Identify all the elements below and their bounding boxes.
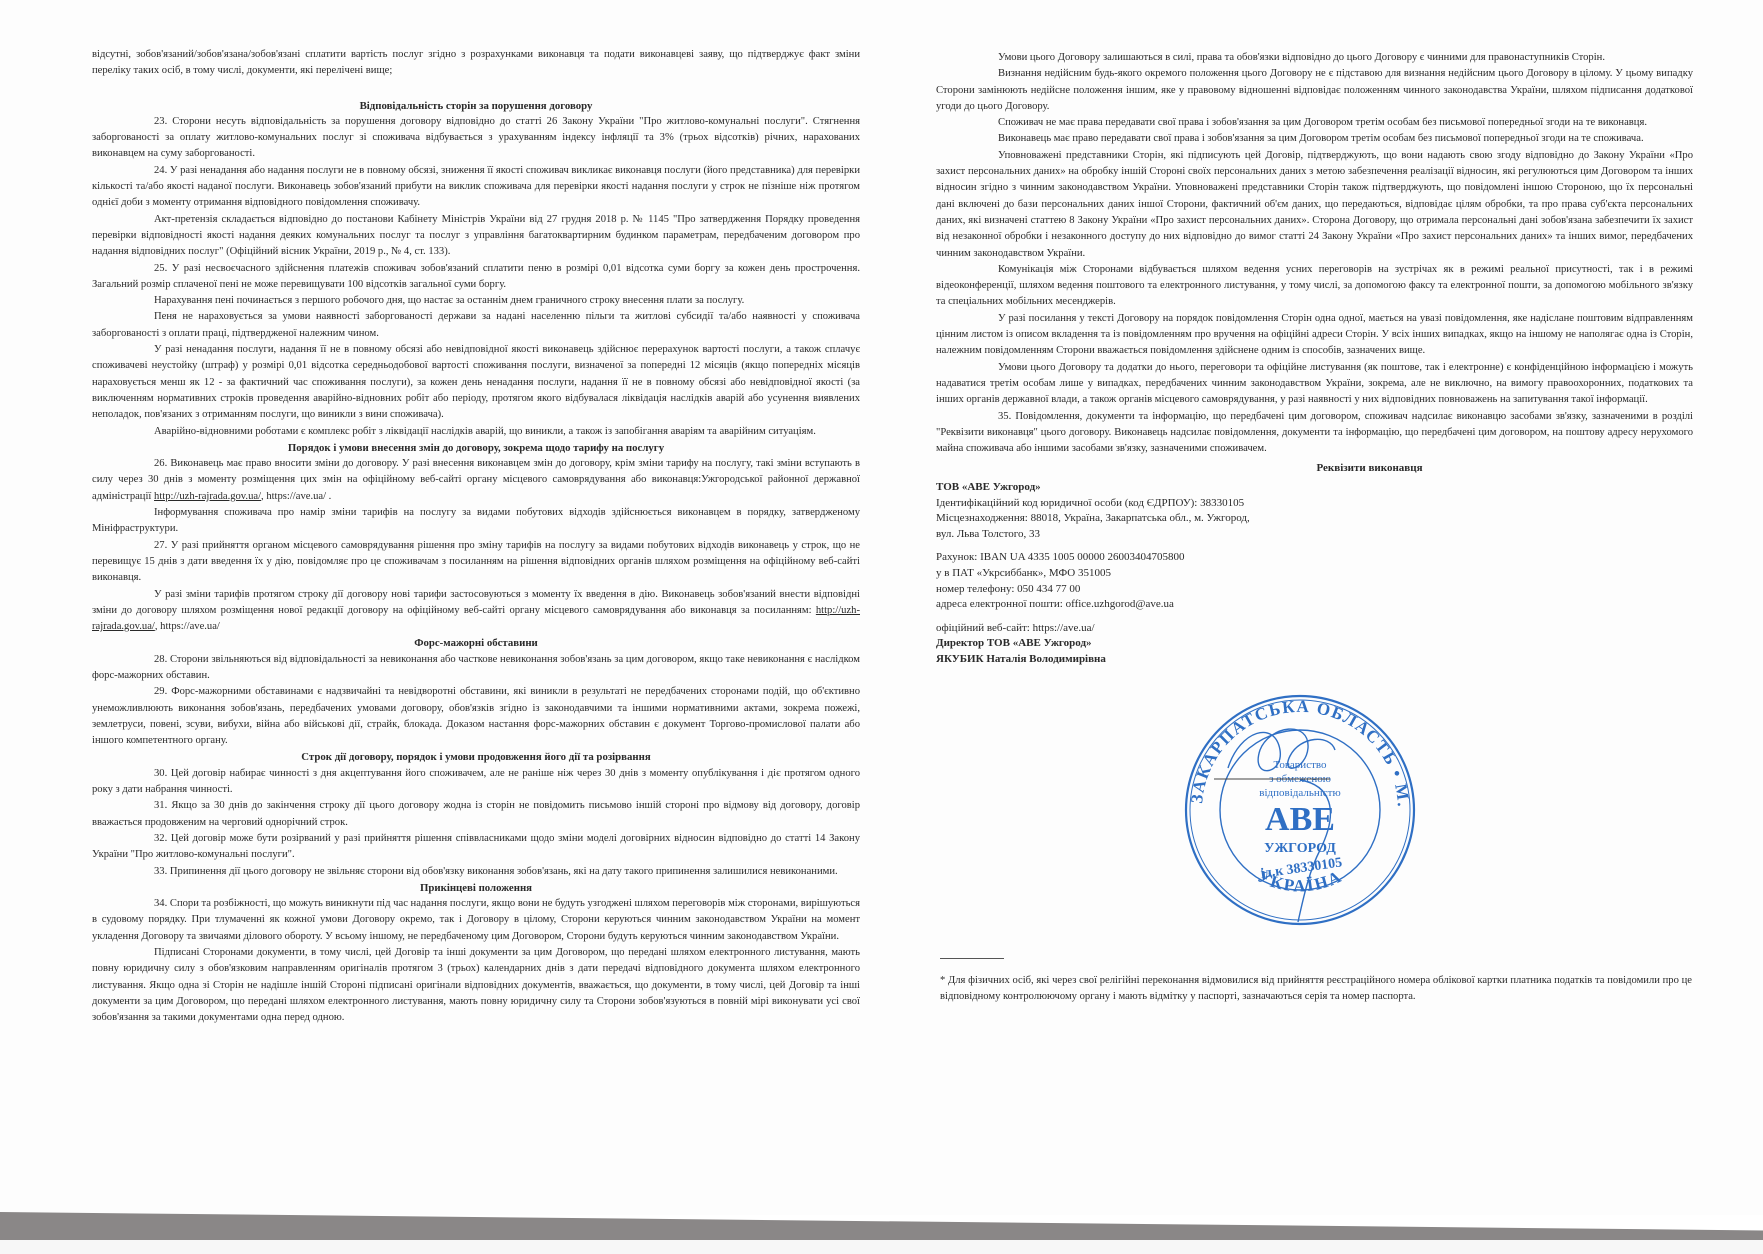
paragraph-26: 26. Виконавець має право вносити зміни д… [92,456,860,505]
paragraph-tariff-info: Інформування споживача про намір зміни т… [92,505,860,538]
paragraph-emergency-works: Аварійно-відновними роботами є комплекс … [92,424,860,440]
paragraph-act-claim: Акт-претензія складається відповідно до … [92,212,860,261]
contract-page: відсутні, зобов'язаний/зобов'язана/зобов… [0,0,1763,1215]
paragraph-signed-docs: Підписані Сторонами документи, в тому чи… [92,945,860,1026]
paragraph-penalty-start: Нарахування пені починається з першого р… [92,293,860,309]
company-stamp: ЗАКАРПАТСЬКА ОБЛАСТЬ • М.УЖГОРОД • УКРАЇ… [1180,690,1420,930]
paragraph-27: 27. У разі прийняття органом місцевого с… [92,538,860,587]
director-title: Директор ТОВ «АВЕ Ужгород» [936,636,1693,652]
left-column: відсутні, зобов'язаний/зобов'язана/зобов… [92,47,860,1027]
director-name: ЯКУБИК Наталія Володимирівна [936,652,1693,668]
heading-term: Строк дії договору, порядок і умови прод… [92,749,860,765]
requisites-heading: Реквізити виконавця [936,461,1693,477]
paragraph-tariff-change: У разі зміни тарифів протягом строку дії… [92,587,860,636]
paragraph-successors: Умови цього Договору залишаються в силі,… [936,50,1693,66]
paragraph-29: 29. Форс-мажорними обставинами є надзвич… [92,684,860,749]
paragraph-consumer-transfer: Споживач не має права передавати свої пр… [936,115,1693,131]
executor-requisites: Реквізити виконавця ТОВ «АВЕ Ужгород» Ід… [936,461,1693,667]
heading-final: Прикінцеві положення [92,880,860,896]
paragraph-communication: Комунікація між Сторонами відбувається ш… [936,262,1693,311]
paragraph-31: 31. Якщо за 30 днів до закінчення строку… [92,798,860,831]
paragraph-30: 30. Цей договір набирає чинності з дня а… [92,766,860,799]
paragraph-35: 35. Повідомлення, документи та інформаці… [936,409,1693,458]
paragraph-notification: У разі посилання у тексті Договору на по… [936,311,1693,360]
paragraph-tariff-change-text: У разі зміни тарифів протягом строку дії… [92,589,860,616]
paragraph-28: 28. Сторони звільняються від відповідаль… [92,652,860,685]
intro-paragraph: відсутні, зобов'язаний/зобов'язана/зобов… [92,47,860,80]
bank-account: Рахунок: IBAN UA 4335 1005 00000 2600340… [936,550,1693,566]
paragraph-24: 24. У разі ненадання або надання послуги… [92,163,860,212]
company-name: ТОВ «АВЕ Ужгород» [936,480,1693,496]
email-address: адреса електронної пошти: office.uzhgoro… [936,597,1693,613]
heading-force-majeure: Форс-мажорні обставини [92,635,860,651]
paragraph-confidentiality: Умови цього Договору та додатки до нього… [936,360,1693,409]
phone-number: номер телефону: 050 434 77 00 [936,582,1693,598]
paragraph-tariff-change-tail: , https://ave.ua/ [155,621,220,632]
paragraph-23: 23. Сторони несуть відповідальність за п… [92,114,860,163]
address-line-1: Місцезнаходження: 88018, Україна, Закарп… [936,511,1693,527]
paragraph-invalidity: Визнання недійсним будь-якого окремого п… [936,66,1693,115]
edrpou-code: Ідентифікаційний код юридичної особи (ко… [936,496,1693,512]
paragraph-33: 33. Припинення дії цього договору не зві… [92,864,860,880]
paragraph-26-tail: , https://ave.ua/ . [261,491,331,502]
paragraph-32: 32. Цей договір може бути розірваний у р… [92,831,860,864]
right-column: Умови цього Договору залишаються в силі,… [936,50,1693,668]
paragraph-penalty-exempt: Пеня не нараховується за умови наявності… [92,309,860,342]
stamp-inner-line-3: відповідальністю [1259,787,1340,799]
bank-name: у в ПАТ «Укрсиббанк», МФО 351005 [936,566,1693,582]
stamp-center: АВЕ [1265,801,1335,838]
heading-changes: Порядок і умови внесення змін до договор… [92,440,860,456]
stamp-city: УЖГОРОД [1264,841,1336,856]
paragraph-executor-transfer: Виконавець має право передавати свої пра… [936,131,1693,147]
paragraph-25: 25. У разі несвоєчасного здійснення плат… [92,261,860,294]
scan-bottom-margin [0,1240,1763,1254]
heading-liability: Відповідальність сторін за порушення дог… [92,98,860,114]
footnote: * Для фізичних осіб, які через свої релі… [940,973,1692,1006]
rajrada-link[interactable]: http://uzh-rajrada.gov.ua/ [154,491,261,502]
website: офіційний веб-сайт: https://ave.ua/ [936,621,1693,637]
paragraph-recalculation: У разі ненадання послуги, надання її не … [92,342,860,423]
paragraph-personal-data: Уповноважені представники Сторін, які пі… [936,148,1693,262]
paragraph-34: 34. Спори та розбіжності, що можуть вини… [92,896,860,945]
footnote-divider [940,958,1004,959]
address-line-2: вул. Льва Толстого, 33 [936,527,1693,543]
